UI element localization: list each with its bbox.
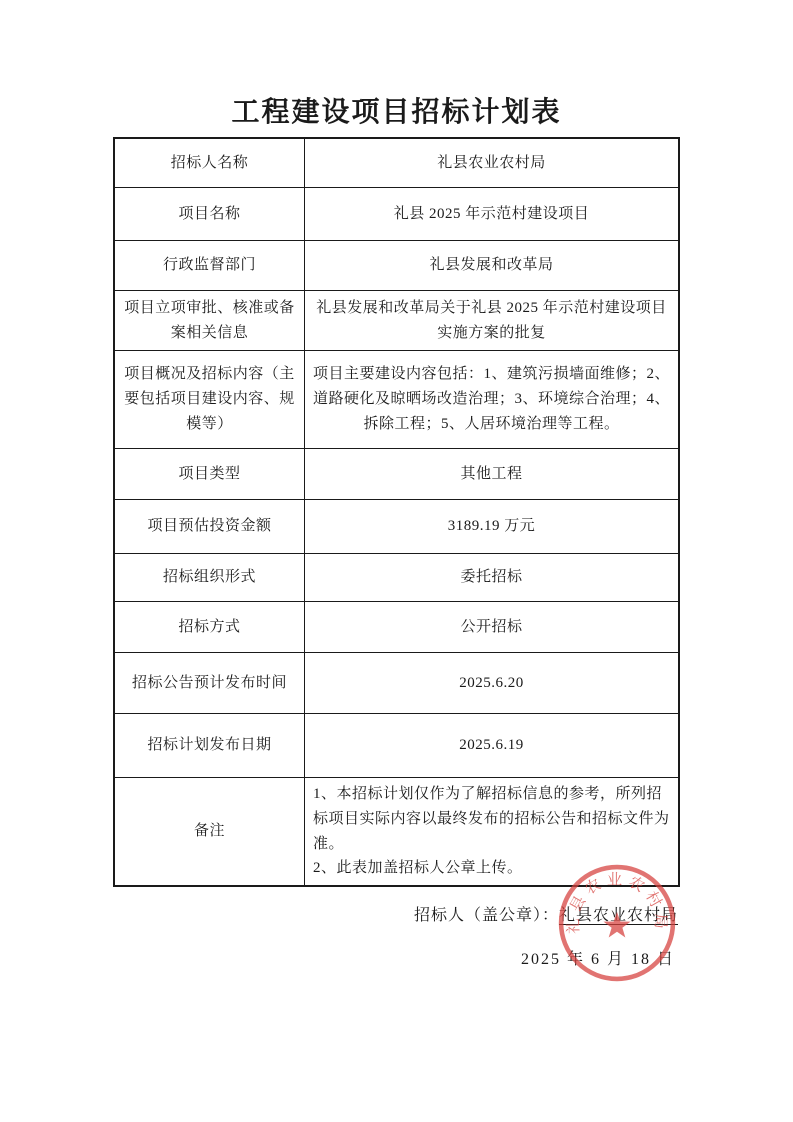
signature-line: 招标人（盖公章）：礼县农业农村局 xyxy=(414,902,678,925)
row-value: 礼县 2025 年示范村建设项目 xyxy=(305,188,678,240)
row-value: 礼县发展和改革局 xyxy=(305,241,678,290)
table-row: 招标组织形式 委托招标 xyxy=(115,553,678,601)
signer-name: 礼县农业农村局 xyxy=(559,907,678,924)
row-label: 备注 xyxy=(115,778,305,885)
row-label: 招标公告预计发布时间 xyxy=(115,653,305,713)
row-label: 行政监督部门 xyxy=(115,241,305,290)
row-value-remarks: 1、本招标计划仅作为了解招标信息的参考，所列招标项目实际内容以最终发布的招标公告… xyxy=(305,778,678,885)
table-row: 项目类型 其他工程 xyxy=(115,448,678,499)
document-page: 工程建设项目招标计划表 招标人名称 礼县农业农村局 项目名称 礼县 2025 年… xyxy=(0,0,793,1122)
row-label: 项目立项审批、核准或备案相关信息 xyxy=(115,291,305,350)
row-label: 项目预估投资金额 xyxy=(115,500,305,553)
signer-label: 招标人（盖公章）： xyxy=(414,907,559,924)
table-row: 项目名称 礼县 2025 年示范村建设项目 xyxy=(115,187,678,240)
table-row: 备注 1、本招标计划仅作为了解招标信息的参考，所列招标项目实际内容以最终发布的招… xyxy=(115,777,678,885)
row-label: 招标人名称 xyxy=(115,139,305,187)
table-row: 项目立项审批、核准或备案相关信息 礼县发展和改革局关于礼县 2025 年示范村建… xyxy=(115,290,678,350)
row-value: 礼县农业农村局 xyxy=(305,139,678,187)
table-row: 项目预估投资金额 3189.19 万元 xyxy=(115,499,678,553)
row-label: 项目类型 xyxy=(115,449,305,499)
table-row: 招标计划发布日期 2025.6.19 xyxy=(115,713,678,777)
row-label: 项目名称 xyxy=(115,188,305,240)
row-value: 礼县发展和改革局关于礼县 2025 年示范村建设项目实施方案的批复 xyxy=(305,291,678,350)
row-value: 项目主要建设内容包括：1、建筑污损墙面维修；2、道路硬化及晾晒场改造治理；3、环… xyxy=(305,351,678,448)
row-label: 项目概况及招标内容（主要包括项目建设内容、规模等） xyxy=(115,351,305,448)
table-row: 招标公告预计发布时间 2025.6.20 xyxy=(115,652,678,713)
row-label: 招标计划发布日期 xyxy=(115,714,305,777)
row-value: 公开招标 xyxy=(305,602,678,652)
row-value: 2025.6.19 xyxy=(305,714,678,777)
row-value: 其他工程 xyxy=(305,449,678,499)
row-value: 3189.19 万元 xyxy=(305,500,678,553)
row-value: 委托招标 xyxy=(305,554,678,601)
table-row: 招标方式 公开招标 xyxy=(115,601,678,652)
signature-date: 2025 年 6 月 18 日 xyxy=(521,946,675,969)
table-row: 招标人名称 礼县农业农村局 xyxy=(115,139,678,187)
page-title: 工程建设项目招标计划表 xyxy=(0,90,793,130)
table-row: 行政监督部门 礼县发展和改革局 xyxy=(115,240,678,290)
table-row: 项目概况及招标内容（主要包括项目建设内容、规模等） 项目主要建设内容包括：1、建… xyxy=(115,350,678,448)
row-label: 招标方式 xyxy=(115,602,305,652)
row-label: 招标组织形式 xyxy=(115,554,305,601)
bidding-plan-table: 招标人名称 礼县农业农村局 项目名称 礼县 2025 年示范村建设项目 行政监督… xyxy=(113,137,680,887)
row-value: 2025.6.20 xyxy=(305,653,678,713)
